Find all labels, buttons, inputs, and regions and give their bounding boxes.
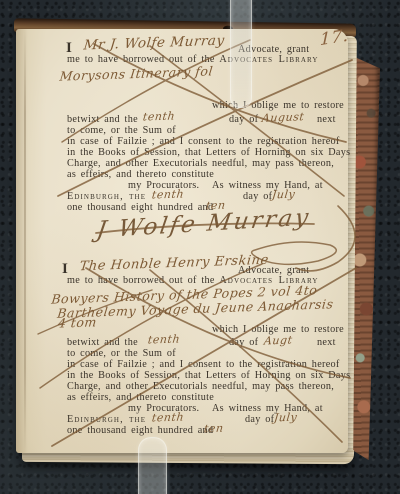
signed-month: July bbox=[273, 411, 298, 425]
next-label: next bbox=[317, 114, 336, 125]
photo-scene: I Mr J. Wolfe Murray Advocate, grant 17.… bbox=[0, 0, 400, 494]
effeirs-line: as effeirs, and thereto constitute bbox=[67, 392, 214, 403]
session-line: in the Books of Session, that Letters of… bbox=[67, 147, 350, 158]
signed-day: tenth bbox=[151, 187, 185, 201]
return-month: August bbox=[261, 110, 305, 124]
book-volume: 4 tom bbox=[57, 314, 98, 330]
signed-month: July bbox=[271, 188, 296, 202]
return-day: tenth bbox=[147, 332, 181, 346]
witness-line: As witness my Hand, at bbox=[212, 403, 323, 414]
year-end: ten bbox=[203, 422, 224, 436]
signed-day: tenth bbox=[151, 410, 185, 424]
session-line: in the Books of Session, that Letters of… bbox=[67, 370, 350, 381]
betwixt-prefix: betwixt and the bbox=[67, 337, 138, 348]
return-month: Augt bbox=[263, 334, 293, 348]
failzie-line: in case of Failzie ; and I consent to th… bbox=[67, 136, 340, 147]
day-of-label: day of bbox=[243, 191, 272, 202]
next-label: next bbox=[317, 337, 336, 348]
day-of-label: day of bbox=[229, 114, 258, 125]
page-holder-strip-top bbox=[230, 0, 252, 108]
edinburgh-label: Edinburgh, the bbox=[67, 414, 146, 425]
betwixt-prefix: betwixt and the bbox=[67, 114, 138, 125]
return-day: tenth bbox=[142, 109, 176, 123]
to-come-line: to come, or the Sum of bbox=[67, 125, 176, 136]
charge-line: Charge, and other Executorials needful, … bbox=[67, 381, 334, 392]
witness-line: As witness my Hand, at bbox=[212, 180, 323, 191]
day-of-label: day of bbox=[245, 414, 274, 425]
page-holder-strip-bottom bbox=[138, 437, 167, 494]
edinburgh-label: Edinburgh, the bbox=[67, 191, 146, 202]
day-of-label: day of bbox=[229, 337, 258, 348]
charge-line: Charge, and other Executorials needful, … bbox=[67, 158, 334, 169]
to-come-line: to come, or the Sum of bbox=[67, 348, 176, 359]
failzie-line: in case of Failzie ; and I consent to th… bbox=[67, 359, 340, 370]
effeirs-line: as effeirs, and thereto constitute bbox=[67, 169, 214, 180]
year-line: one thousand eight hundred and bbox=[67, 425, 213, 436]
